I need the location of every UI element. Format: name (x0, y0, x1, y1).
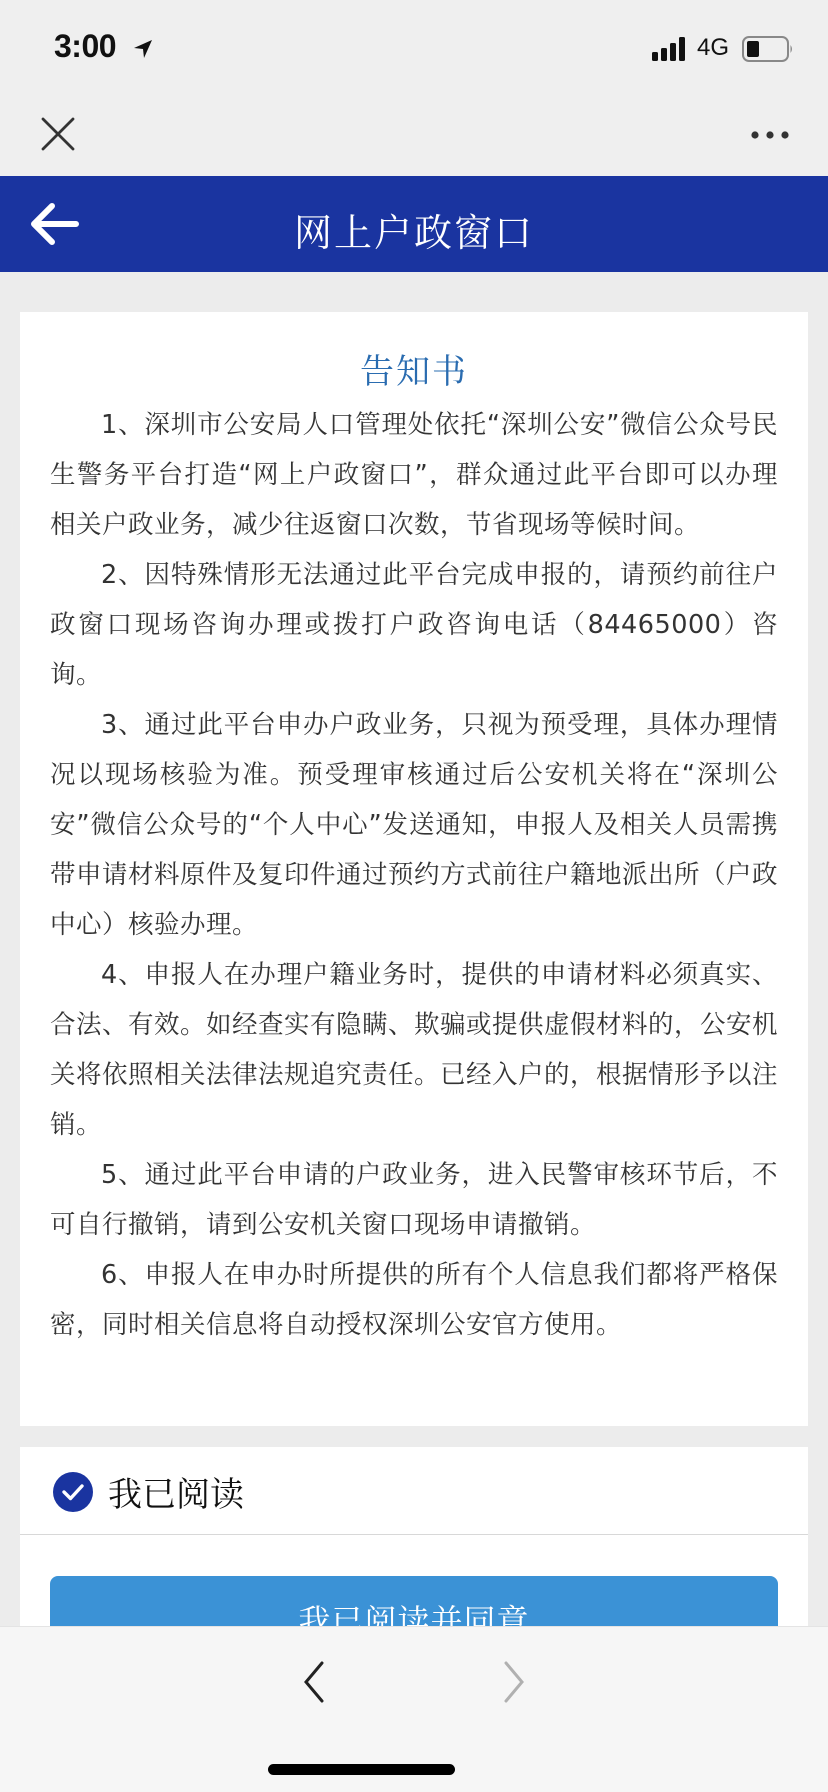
page-header: 网上户政窗口 (0, 176, 828, 272)
read-checkbox[interactable]: 我已阅读 (20, 1447, 808, 1535)
more-icon[interactable] (748, 118, 792, 152)
battery-icon (742, 36, 794, 62)
notice-paragraph-5: 5、通过此平台申请的户政业务，进入民警审核环节后，不可自行撤销，请到公安机关窗口… (50, 1150, 778, 1250)
notice-paragraph-3: 3、通过此平台申办户政业务，只视为预受理，具体办理情况以现场核验为准。预受理审核… (50, 700, 778, 950)
close-icon[interactable] (38, 114, 78, 154)
browser-nav-bar (0, 1626, 828, 1792)
agreement-card: 我已阅读 我已阅读并同意 (20, 1447, 808, 1647)
chevron-left-icon[interactable] (296, 1657, 332, 1707)
home-indicator[interactable] (268, 1764, 455, 1775)
chevron-right-icon[interactable] (496, 1657, 532, 1707)
notice-card: 告知书 1、深圳市公安局人口管理处依托“深圳公安”微信公众号民生警务平台打造“网… (20, 312, 808, 1426)
notice-title: 告知书 (50, 350, 778, 394)
read-checkbox-label: 我已阅读 (108, 1467, 244, 1516)
checkmark-circle-icon[interactable] (52, 1471, 94, 1513)
notice-paragraph-1: 1、深圳市公安局人口管理处依托“深圳公安”微信公众号民生警务平台打造“网上户政窗… (50, 400, 778, 550)
page-title: 网上户政窗口 (0, 202, 828, 257)
signal-icon (652, 37, 692, 61)
status-time: 3:00 (54, 28, 116, 65)
notice-paragraph-2: 2、因特殊情形无法通过此平台完成申报的，请预约前往户政窗口现场咨询办理或拨打户政… (50, 550, 778, 700)
status-bar: 3:00 4G (0, 0, 828, 96)
notice-paragraph-6: 6、申报人在申办时所提供的所有个人信息我们都将严格保密，同时相关信息将自动授权深… (50, 1250, 778, 1350)
wechat-toolbar (0, 96, 828, 176)
notice-paragraph-4: 4、申报人在办理户籍业务时，提供的申请材料必须真实、合法、有效。如经查实有隐瞒、… (50, 950, 778, 1150)
location-arrow-icon (132, 38, 154, 60)
network-type: 4G (697, 34, 729, 62)
